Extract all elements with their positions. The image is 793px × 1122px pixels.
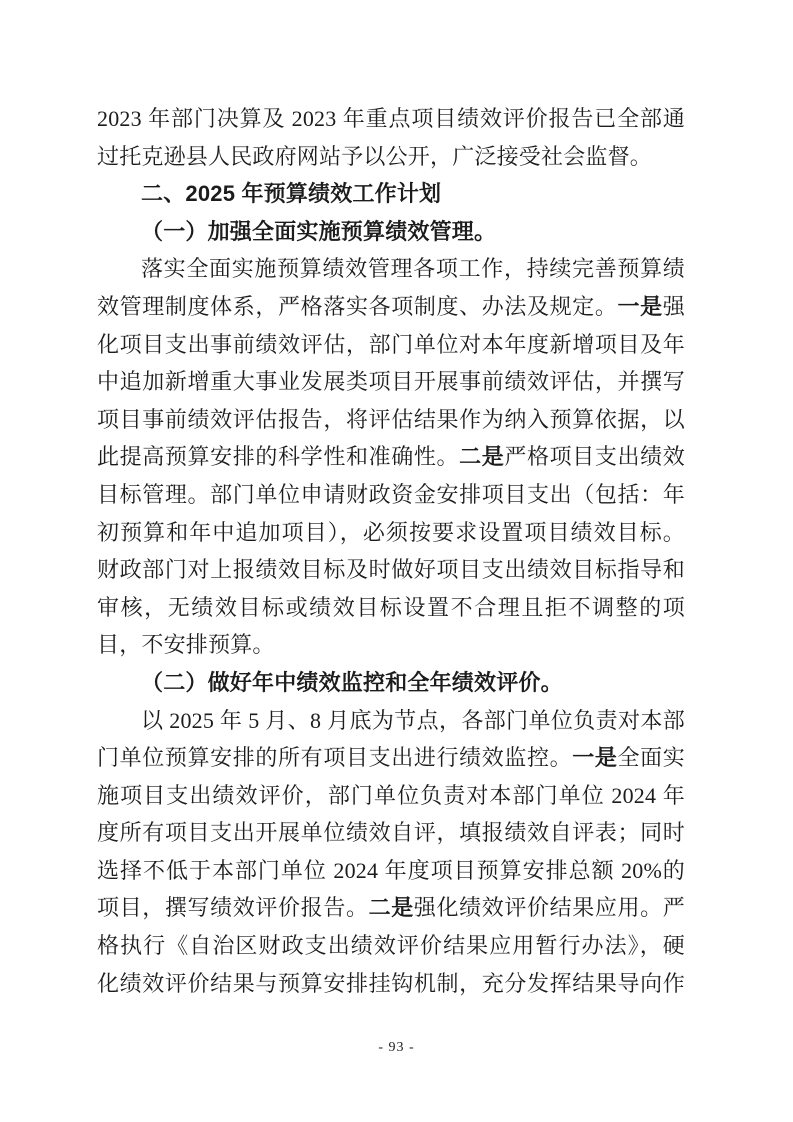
text-run: 落实全面实施预算绩效管理各项工作，持续完善预算绩效管理制度体系，严格落实各项制度… [97, 256, 685, 319]
emphasis-run: 一是 [618, 294, 663, 319]
emphasis-run: 二是 [369, 895, 414, 920]
paragraph: 2023 年部门决算及 2023 年重点项目绩效评价报告已全部通过托克逊县人民政… [97, 100, 685, 175]
paragraph: 以 2025 年 5 月、8 月底为节点，各部门单位负责对本部门单位预算安排的所… [97, 702, 685, 1003]
page-footer: - 93 - [0, 1040, 793, 1056]
paragraph: 落实全面实施预算绩效管理各项工作，持续完善预算绩效管理制度体系，严格落实各项制度… [97, 250, 685, 664]
document-body: 2023 年部门决算及 2023 年重点项目绩效评价报告已全部通过托克逊县人民政… [97, 100, 685, 1002]
section-heading: （二）做好年中绩效监控和全年绩效评价。 [97, 664, 685, 702]
document-page: 2023 年部门决算及 2023 年重点项目绩效评价报告已全部通过托克逊县人民政… [0, 0, 793, 1122]
section-heading: （一）加强全面实施预算绩效管理。 [97, 213, 685, 251]
text-run: 2023 年部门决算及 2023 年重点项目绩效评价报告已全部通过托克逊县人民政… [97, 106, 685, 169]
emphasis-run: 一是 [572, 745, 617, 770]
emphasis-run: （二）做好年中绩效监控和全年绩效评价。 [141, 670, 563, 695]
text-run: 严格项目支出绩效目标管理。部门单位申请财政资金安排项目支出（包括：年初预算和年中… [97, 444, 685, 657]
emphasis-run: 二、2025 年预算绩效工作计划 [141, 181, 441, 206]
page-number: - 93 - [378, 1040, 414, 1055]
emphasis-run: 二是 [459, 444, 504, 469]
section-heading: 二、2025 年预算绩效工作计划 [97, 175, 685, 213]
emphasis-run: （一）加强全面实施预算绩效管理。 [141, 219, 496, 244]
